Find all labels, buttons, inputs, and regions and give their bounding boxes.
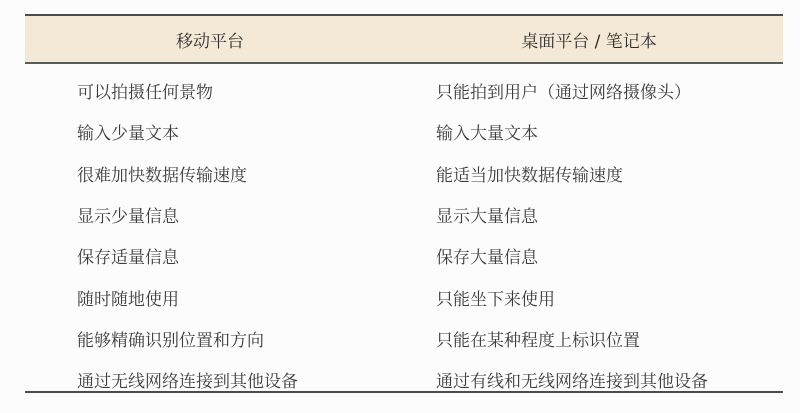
desktop-cell: 显示大量信息 — [395, 202, 783, 227]
header-mobile-platform: 移动平台 — [25, 27, 395, 52]
desktop-cell: 只能在某种程度上标识位置 — [395, 326, 783, 351]
desktop-cell: 输入大量文本 — [395, 119, 783, 144]
table-body: 可以拍摄任何景物 只能拍到用户（通过网络摄像头） 输入少量文本 输入大量文本 很… — [25, 64, 783, 400]
mobile-cell: 能够精确识别位置和方向 — [25, 326, 395, 351]
table-header: 移动平台 桌面平台 / 笔记本 — [25, 16, 783, 64]
table-row: 很难加快数据传输速度 能适当加快数据传输速度 — [25, 153, 783, 194]
comparison-table: 移动平台 桌面平台 / 笔记本 可以拍摄任何景物 只能拍到用户（通过网络摄像头）… — [25, 14, 783, 400]
mobile-cell: 通过无线网络连接到其他设备 — [25, 367, 395, 392]
desktop-cell: 能适当加快数据传输速度 — [395, 161, 783, 186]
table-row: 能够精确识别位置和方向 只能在某种程度上标识位置 — [25, 318, 783, 359]
desktop-cell: 通过有线和无线网络连接到其他设备 — [395, 367, 783, 392]
table-row: 可以拍摄任何景物 只能拍到用户（通过网络摄像头） — [25, 70, 783, 111]
mobile-cell: 可以拍摄任何景物 — [25, 78, 395, 103]
table-row: 输入少量文本 输入大量文本 — [25, 111, 783, 152]
mobile-cell: 输入少量文本 — [25, 119, 395, 144]
mobile-cell: 随时随地使用 — [25, 285, 395, 310]
table-row: 显示少量信息 显示大量信息 — [25, 194, 783, 235]
mobile-cell: 保存适量信息 — [25, 243, 395, 268]
mobile-cell: 显示少量信息 — [25, 202, 395, 227]
header-desktop-platform: 桌面平台 / 笔记本 — [395, 27, 783, 52]
table-row: 通过无线网络连接到其他设备 通过有线和无线网络连接到其他设备 — [25, 359, 783, 400]
desktop-cell: 只能拍到用户（通过网络摄像头） — [395, 78, 783, 103]
mobile-cell: 很难加快数据传输速度 — [25, 161, 395, 186]
table-bottom-rule — [25, 391, 783, 393]
desktop-cell: 保存大量信息 — [395, 243, 783, 268]
table-row: 随时随地使用 只能坐下来使用 — [25, 276, 783, 317]
table-row: 保存适量信息 保存大量信息 — [25, 235, 783, 276]
desktop-cell: 只能坐下来使用 — [395, 285, 783, 310]
